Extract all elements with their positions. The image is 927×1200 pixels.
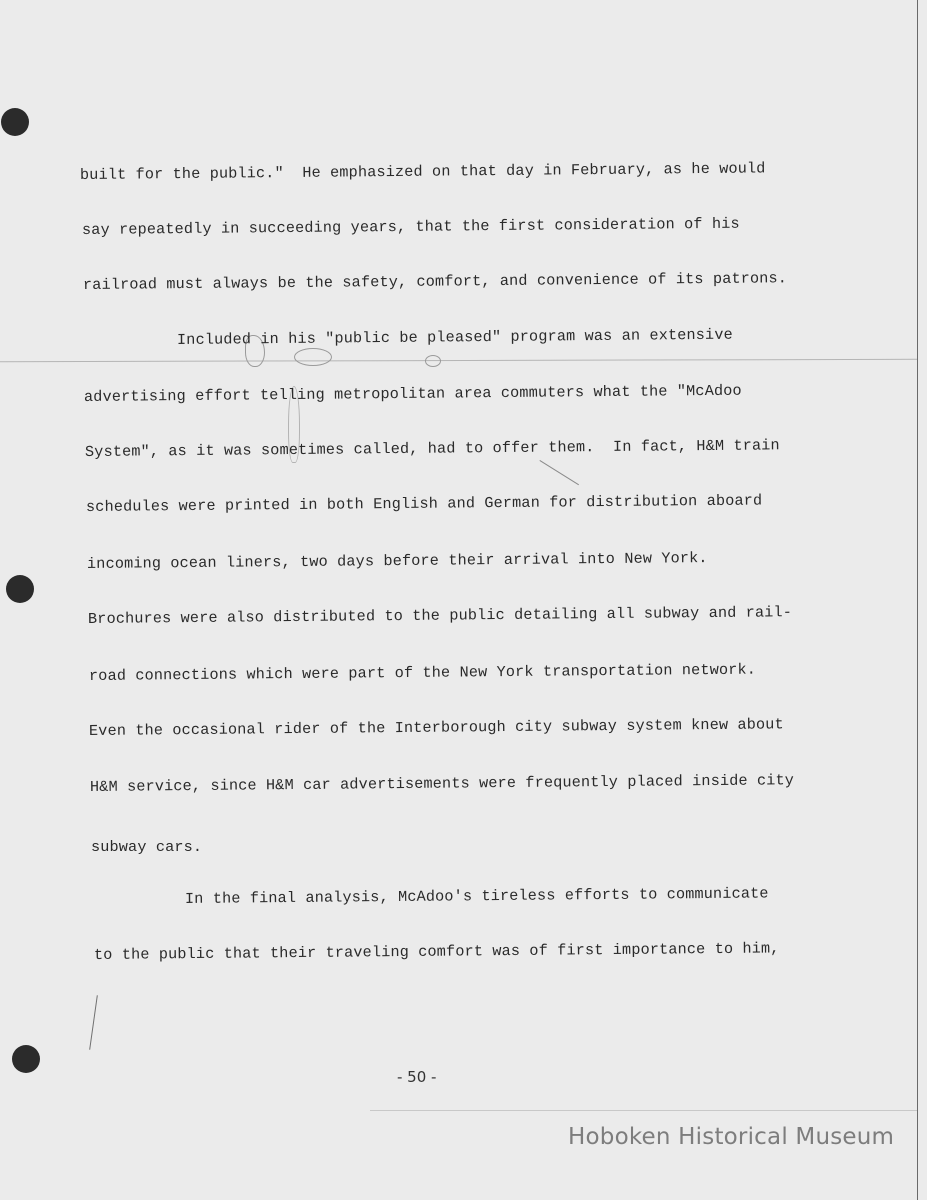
text-line: advertising effort telling metropolitan …: [84, 382, 742, 406]
text-line: schedules were printed in both English a…: [86, 492, 762, 516]
text-line: Brochures were also distributed to the p…: [88, 603, 792, 628]
paragraph-start-line: In the final analysis, McAdoo's tireless…: [185, 884, 769, 908]
page-number: - 50 -: [397, 1068, 436, 1086]
paragraph-start-line: Included in his "public be pleased" prog…: [177, 326, 733, 349]
smudge-mark: [425, 355, 441, 367]
scan-artifact-line: [370, 1110, 917, 1111]
pencil-mark: [89, 995, 98, 1050]
pencil-mark: [539, 460, 579, 485]
hole-punch-icon: [6, 575, 34, 603]
smudge-mark: [294, 348, 332, 366]
text-line: to the public that their traveling comfo…: [94, 939, 780, 964]
fold-line: [0, 359, 917, 362]
text-line: subway cars.: [91, 838, 202, 856]
text-line: railroad must always be the safety, comf…: [83, 269, 787, 294]
text-line: Even the occasional rider of the Interbo…: [89, 715, 784, 740]
hole-punch-icon: [1, 108, 29, 136]
text-line: built for the public." He emphasized on …: [80, 159, 766, 184]
text-line: say repeatedly in succeeding years, that…: [82, 215, 740, 239]
hole-punch-icon: [12, 1045, 40, 1073]
scanned-page: built for the public." He emphasized on …: [0, 0, 927, 1200]
text-line: H&M service, since H&M car advertisement…: [90, 771, 794, 796]
text-line: incoming ocean liners, two days before t…: [87, 549, 708, 573]
museum-watermark: Hoboken Historical Museum: [568, 1124, 894, 1150]
text-line: System", as it was sometimes called, had…: [85, 436, 780, 461]
text-line: road connections which were part of the …: [89, 661, 756, 685]
page-edge: [917, 0, 918, 1200]
